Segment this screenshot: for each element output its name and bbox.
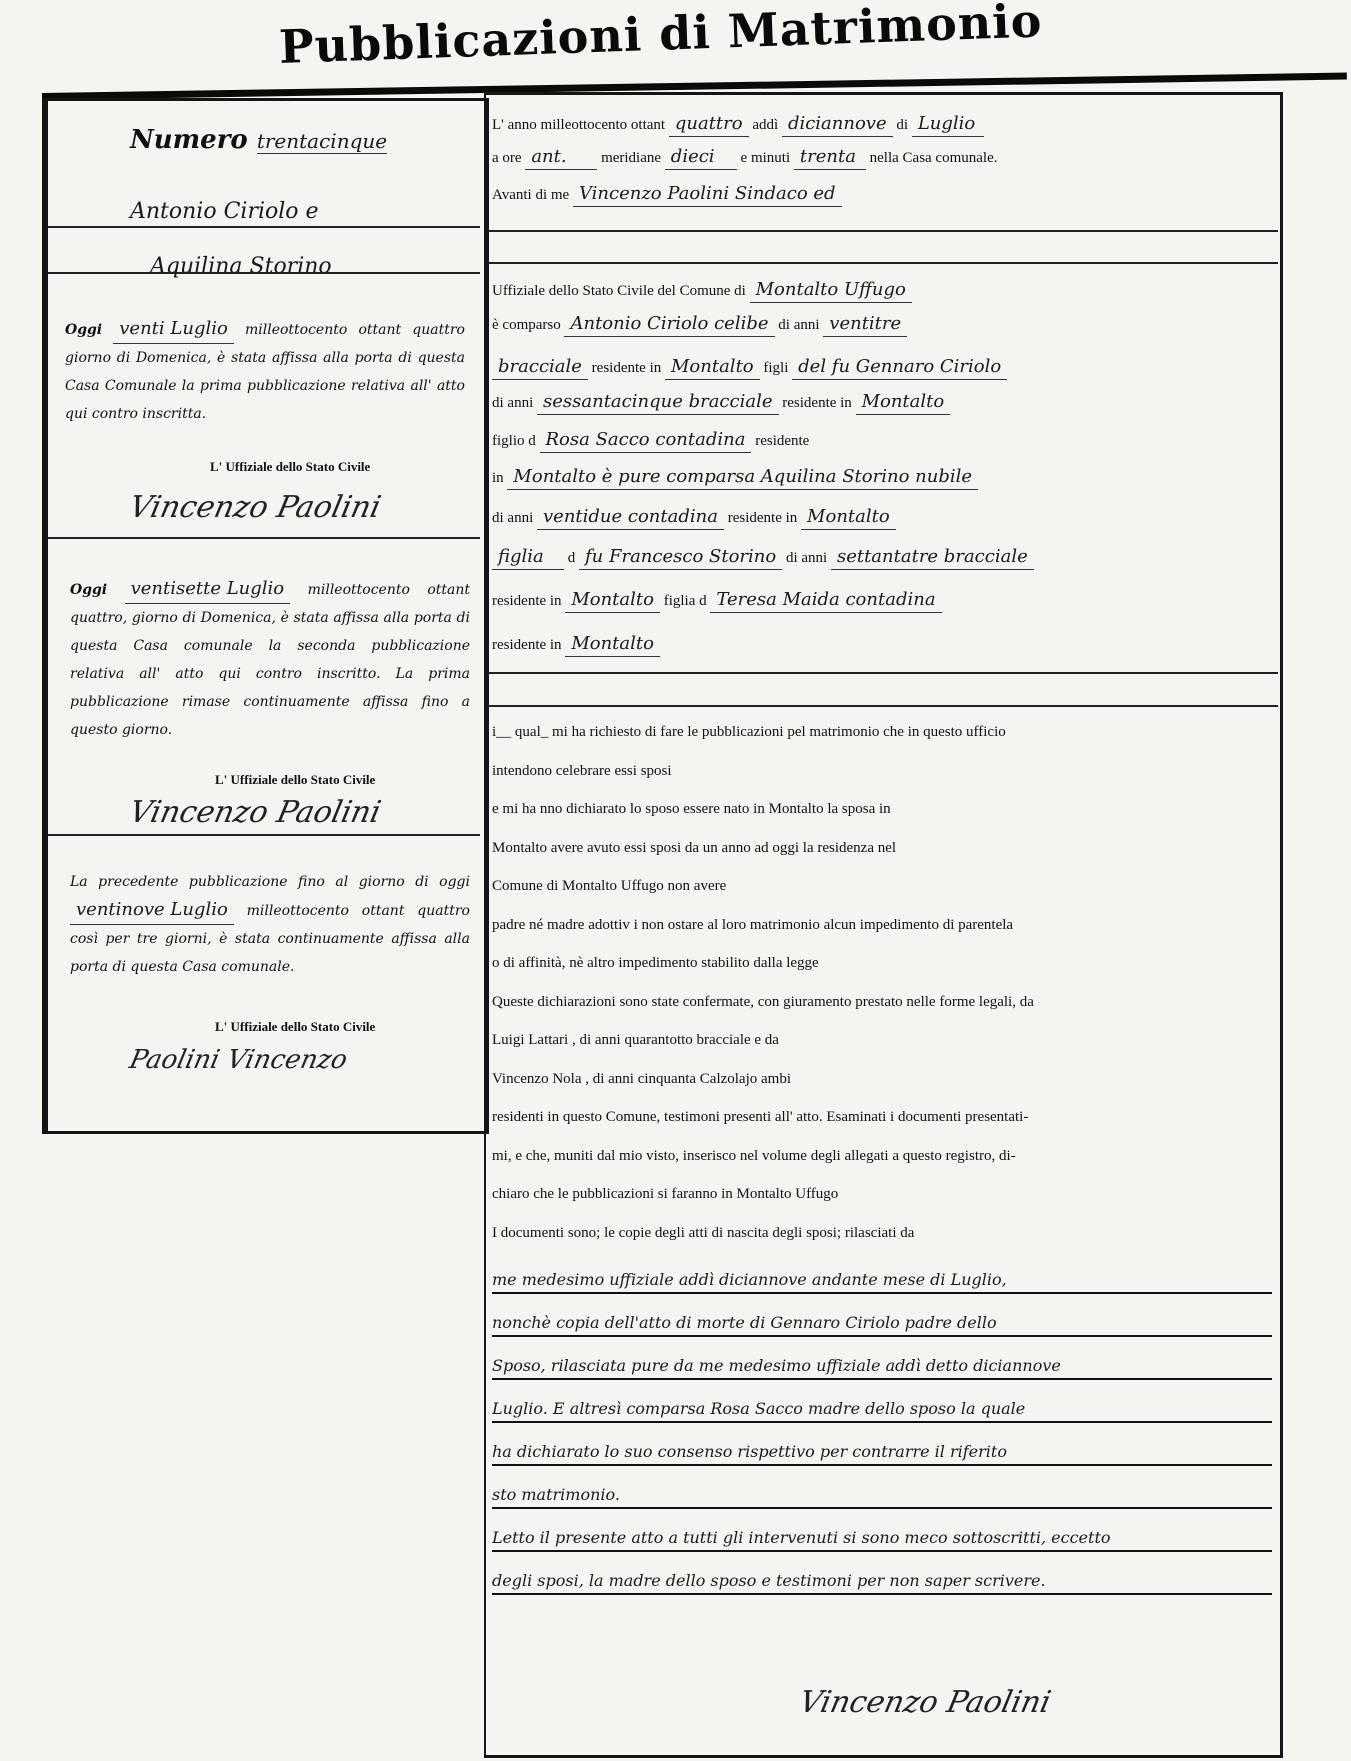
bride-name: Aquilina Storino (150, 255, 332, 279)
form-line: a ore ant. meridiane dieci e minuti tren… (492, 145, 998, 170)
body-line: Vincenzo Nola , di anni cinquanta Calzol… (492, 1067, 791, 1091)
handwritten-note-line: degli sposi, la madre dello sposo e test… (492, 1569, 1272, 1595)
form-line: di anni ventidue contadina residente in … (492, 505, 896, 530)
form-line: figlia d fu Francesco Storino di anni se… (492, 545, 1034, 570)
body-line: Comune di Montalto Uffugo non avere (492, 874, 726, 898)
form-line: residente in Montalto (492, 632, 660, 657)
officer-signature-1: Vincenzo Paolini (126, 490, 384, 525)
body-line: mi, e che, muniti dal mio visto, inseris… (492, 1144, 1016, 1168)
body-line: padre né madre adottiv i non ostare al l… (492, 913, 1013, 937)
officer-signature-3: Paolini Vincenzo (127, 1045, 350, 1075)
form-line: L' anno milleottocento ottant quattro ad… (492, 112, 984, 137)
form-line: di anni sessantacinque bracciale residen… (492, 390, 950, 415)
body-line: I documenti sono; le copie degli atti di… (492, 1221, 914, 1245)
handwritten-note-line: sto matrimonio. (492, 1483, 1272, 1509)
officer-label-3: L' Uffiziale dello Stato Civile (215, 1015, 375, 1039)
body-line: o di affinità, nè altro impedimento stab… (492, 951, 819, 975)
form-line: bracciale residente in Montalto figli de… (492, 355, 1007, 380)
handwritten-note-line: nonchè copia dell'atto di morte di Genna… (492, 1311, 1272, 1337)
officer-label-2: L' Uffiziale dello Stato Civile (215, 768, 375, 792)
second-publication: Oggi ventisette Luglio milleottocento ot… (70, 575, 470, 744)
form-line: Avanti di me Vincenzo Paolini Sindaco ed (492, 182, 842, 207)
body-line: residenti in questo Comune, testimoni pr… (492, 1105, 1028, 1129)
closing-statement: La precedente pubblicazione fino al gior… (70, 868, 470, 981)
body-line: Luigi Lattari , di anni quarantotto brac… (492, 1028, 779, 1052)
handwritten-note-line: ha dichiarato lo suo consenso rispettivo… (492, 1440, 1272, 1466)
handwritten-note-line: Sposo, rilasciata pure da me medesimo uf… (492, 1354, 1272, 1380)
form-line: Uffiziale dello Stato Civile del Comune … (492, 278, 912, 303)
first-publication: Oggi venti Luglio milleottocento ottant … (65, 315, 465, 428)
form-line: in Montalto è pure comparsa Aquilina Sto… (492, 465, 978, 490)
body-line: Montalto avere avuto essi sposi da un an… (492, 836, 896, 860)
body-line: Queste dichiarazioni sono state conferma… (492, 990, 1034, 1014)
officer-signature-2: Vincenzo Paolini (126, 795, 384, 830)
form-line: figlio d Rosa Sacco contadina residente (492, 428, 809, 453)
body-line: e mi ha nno dichiarato lo sposo essere n… (492, 797, 891, 821)
form-line: è comparso Antonio Ciriolo celibe di ann… (492, 312, 907, 337)
groom-name: Antonio Ciriolo e (130, 200, 319, 224)
handwritten-note-line: me medesimo uffiziale addì diciannove an… (492, 1268, 1272, 1294)
numero-field: Numero trentacinque (130, 125, 387, 155)
form-line: residente in Montalto figlia d Teresa Ma… (492, 588, 942, 613)
numero-value: trentacinque (257, 129, 387, 154)
officer-label-1: L' Uffiziale dello Stato Civile (210, 455, 370, 479)
document-title: Pubblicazioni di Matrimonio (278, 0, 1043, 74)
handwritten-note-line: Letto il presente atto a tutti gli inter… (492, 1526, 1272, 1552)
body-line: i__ qual_ mi ha richiesto di fare le pub… (492, 720, 1006, 744)
body-line: chiaro che le pubblicazioni si faranno i… (492, 1182, 838, 1206)
handwritten-note-line: Luglio. E altresì comparsa Rosa Sacco ma… (492, 1397, 1272, 1423)
numero-label: Numero (130, 125, 248, 155)
body-line: intendono celebrare essi sposi (492, 759, 672, 783)
final-signature: Vincenzo Paolini (796, 1685, 1054, 1720)
